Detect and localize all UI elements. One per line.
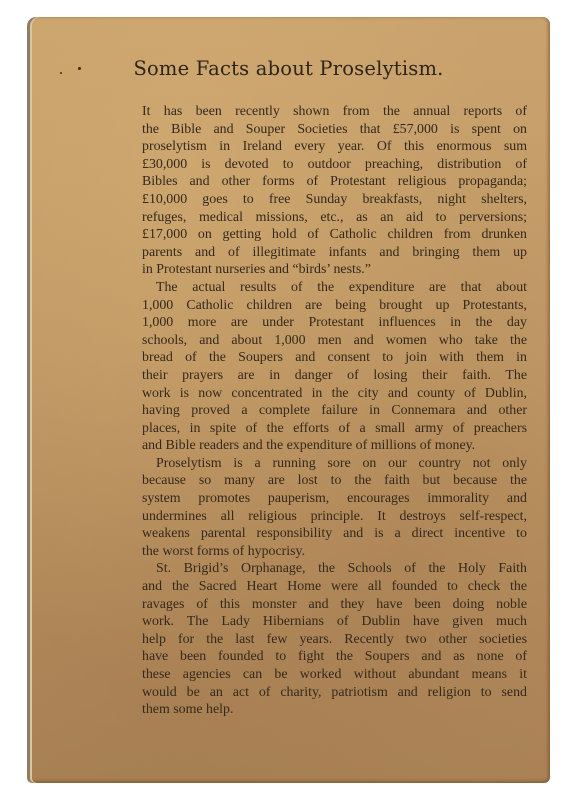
text-line: 1,000 more are under Protestant influenc… xyxy=(142,314,527,332)
paragraph: St. Brigid’s Orphanage, the Schools of t… xyxy=(142,560,527,718)
text-line: work is now concentrated in the city and… xyxy=(142,385,527,403)
text-line: refuges, medical missions, etc., as an a… xyxy=(142,209,527,227)
text-line: Bibles and other forms of Protestant rel… xyxy=(142,173,527,191)
text-line: and Bible readers and the expenditure of… xyxy=(142,437,527,455)
text-line: the Bible and Souper Societies that £57,… xyxy=(142,121,527,139)
text-line: schools, and about 1,000 men and women w… xyxy=(142,332,527,350)
text-line: The actual results of the expenditure ar… xyxy=(142,279,527,297)
article-body: It has been recently shown from the annu… xyxy=(142,103,527,719)
text-line: 1,000 Catholic children are being brough… xyxy=(142,297,527,315)
document-page: Some Facts about Proselytism. It has bee… xyxy=(27,17,550,783)
text-line: having proved a complete failure in Conn… xyxy=(142,402,527,420)
text-line: St. Brigid’s Orphanage, the Schools of t… xyxy=(142,560,527,578)
text-line: weakens parental responsibility and is a… xyxy=(142,525,527,543)
text-line: system promotes pauperism, encourages im… xyxy=(142,490,527,508)
text-line: have been founded to fight the Soupers a… xyxy=(142,648,527,666)
text-line: places, in spite of the efforts of a sma… xyxy=(142,420,527,438)
text-line: them some help. xyxy=(142,701,527,719)
text-line: these agencies can be worked without abu… xyxy=(142,666,527,684)
text-line: bread of the Soupers and consent to join… xyxy=(142,349,527,367)
text-line: £10,000 goes to free Sunday breakfasts, … xyxy=(142,191,527,209)
text-line: their prayers are in danger of losing th… xyxy=(142,367,527,385)
text-line: and the Sacred Heart Home were all found… xyxy=(142,578,527,596)
text-line: Proselytism is a running sore on our cou… xyxy=(142,455,527,473)
text-line: help for the last few years. Recently tw… xyxy=(142,631,527,649)
text-line: in Protestant nurseries and “birds’ nest… xyxy=(142,261,527,279)
text-line: would be an act of charity, patriotism a… xyxy=(142,684,527,702)
text-line: work. The Lady Hibernians of Dublin have… xyxy=(142,613,527,631)
text-line: It has been recently shown from the annu… xyxy=(142,103,527,121)
paragraph: It has been recently shown from the annu… xyxy=(142,103,527,279)
text-line: undermines all religious principle. It d… xyxy=(142,508,527,526)
text-line: because so many are lost to the faith bu… xyxy=(142,472,527,490)
text-line: the worst forms of hypocrisy. xyxy=(142,543,527,561)
text-line: proselytism in Ireland every year. Of th… xyxy=(142,138,527,156)
text-line: parents and of illegitimate infants and … xyxy=(142,244,527,262)
page-title: Some Facts about Proselytism. xyxy=(27,57,550,80)
paragraph: Proselytism is a running sore on our cou… xyxy=(142,455,527,561)
paragraph: The actual results of the expenditure ar… xyxy=(142,279,527,455)
text-line: ravages of this monster and they have be… xyxy=(142,596,527,614)
text-line: £30,000 is devoted to outdoor preaching,… xyxy=(142,156,527,174)
text-line: £17,000 on getting hold of Catholic chil… xyxy=(142,226,527,244)
